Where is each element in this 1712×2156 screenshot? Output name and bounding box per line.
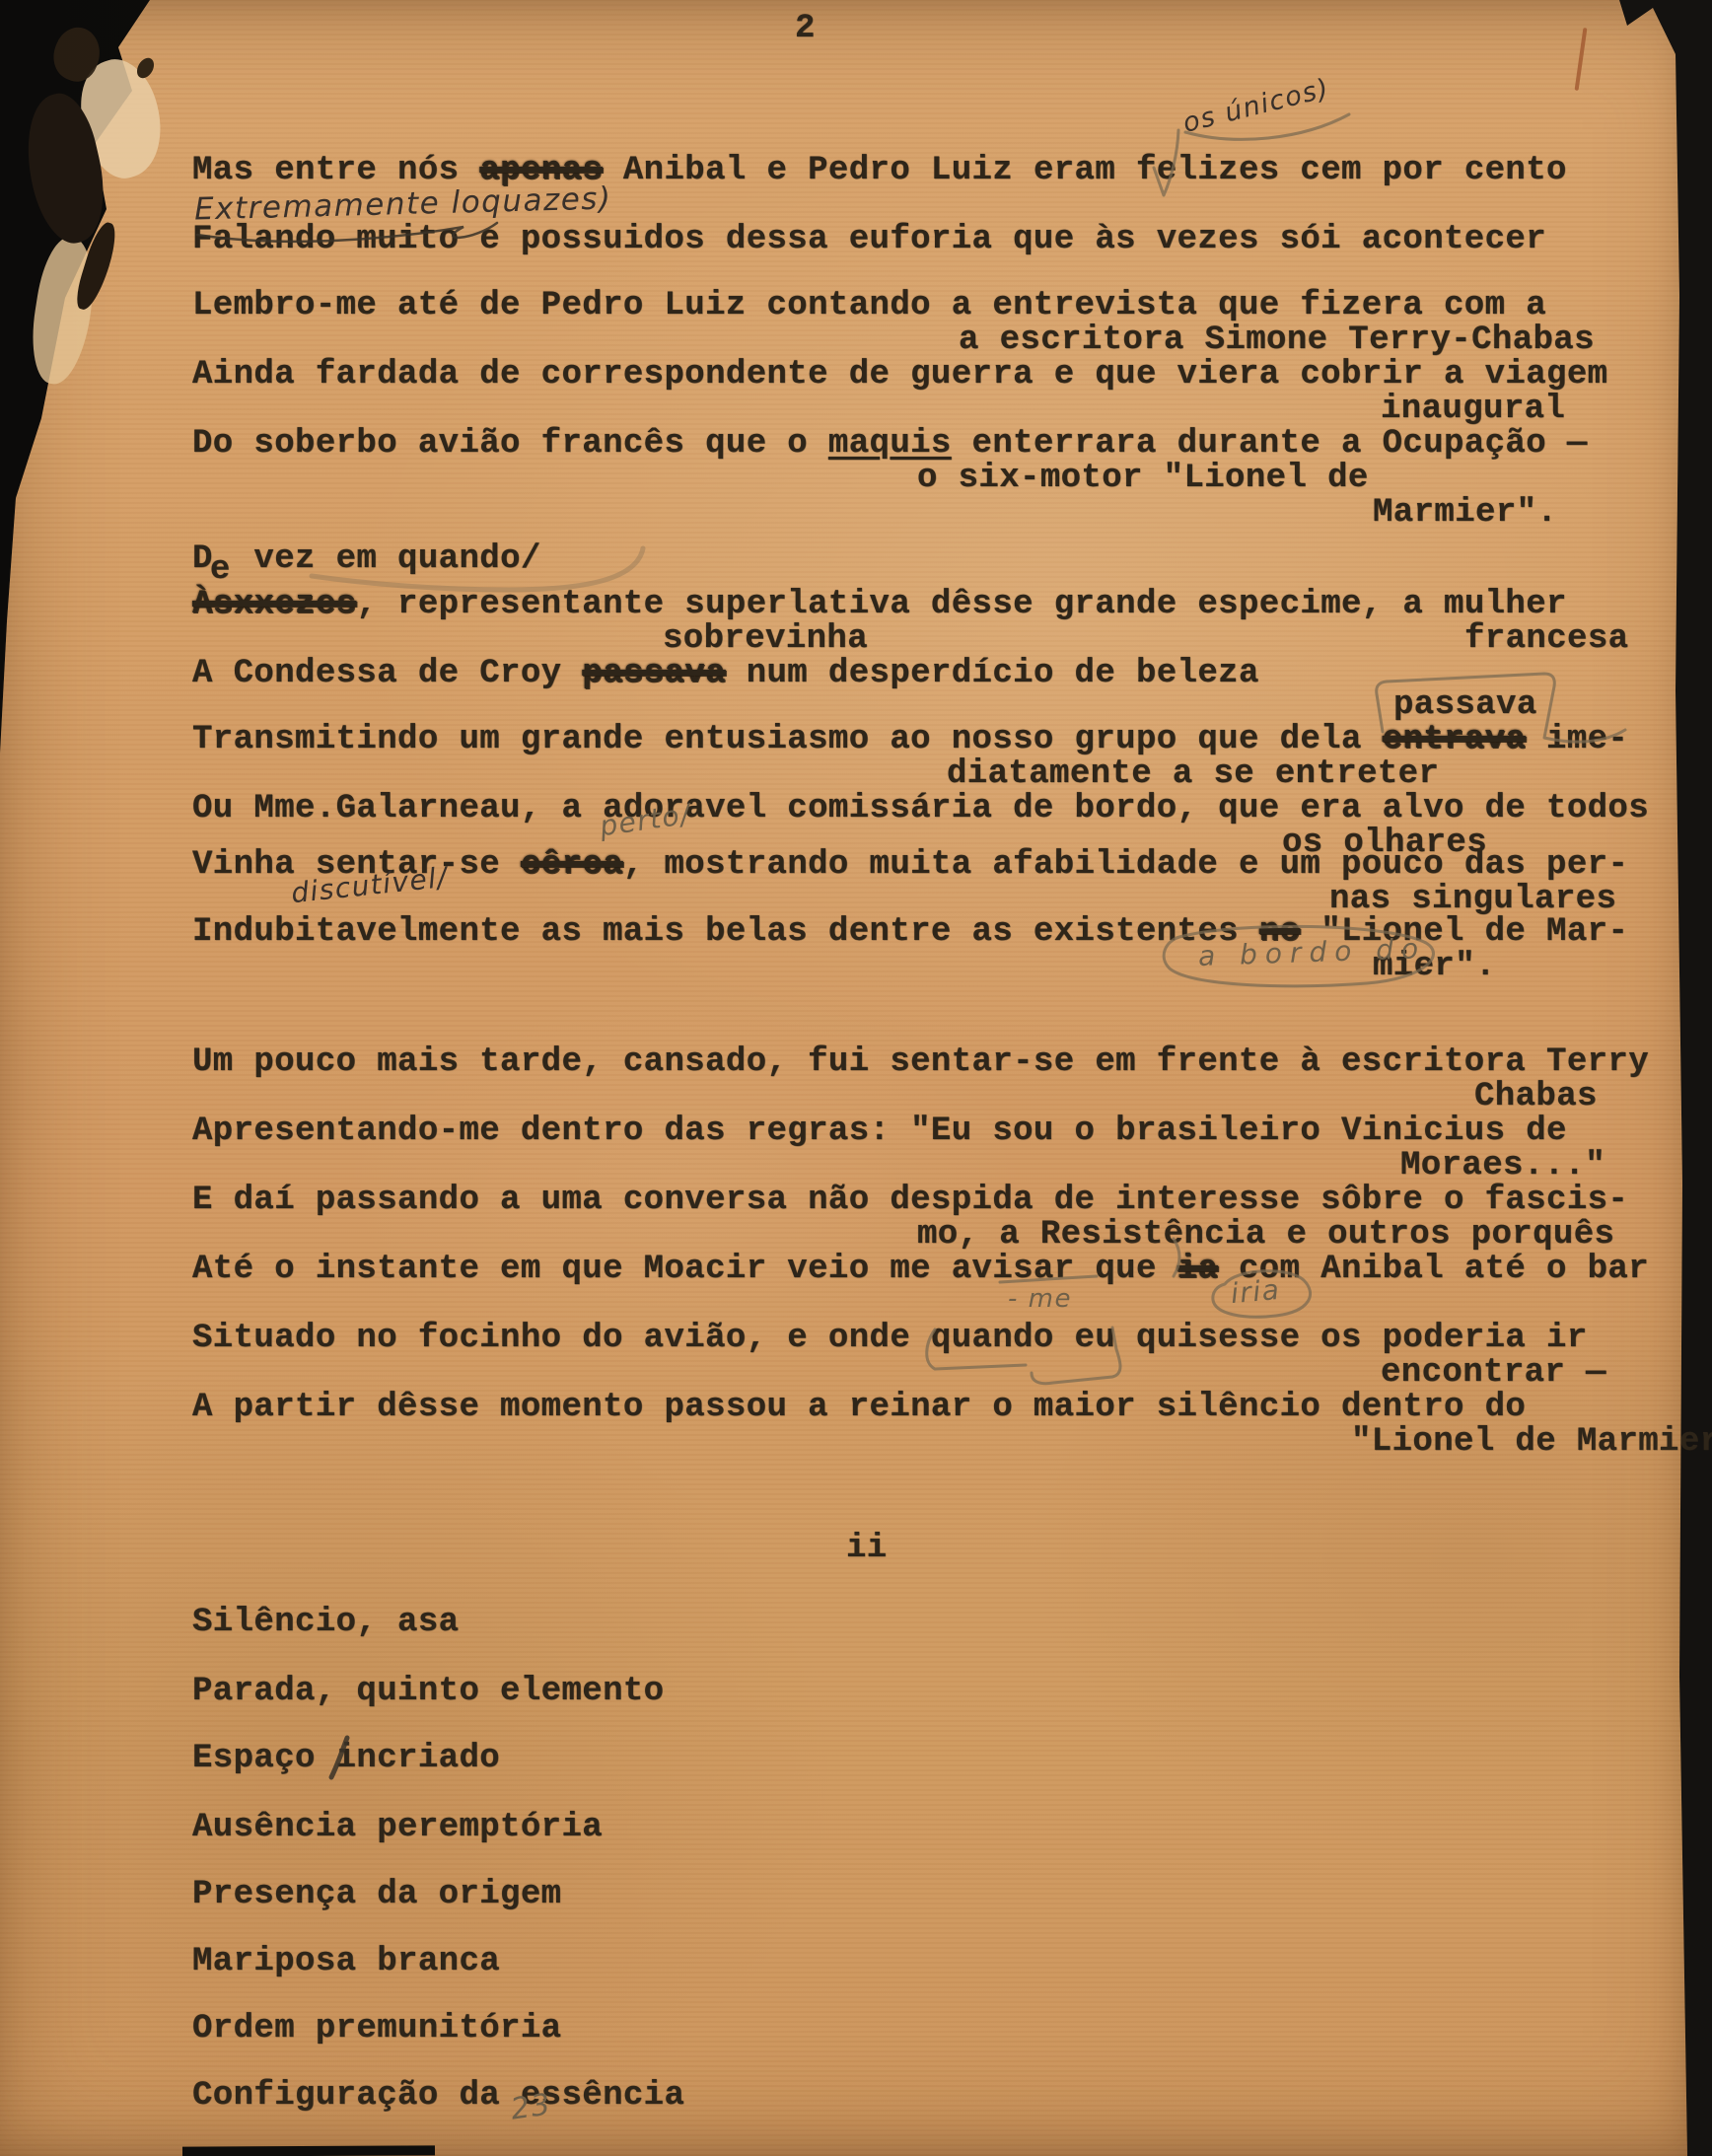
pencil-page-count: 23 xyxy=(509,2090,553,2124)
typed-line: Àsxxezes, representante superlativa dêss… xyxy=(192,588,1567,623)
typed-line: Ou Mme.Galarneau, a adoravel comissária … xyxy=(192,792,1649,827)
poem-line: Presença da origem xyxy=(192,1878,561,1913)
typed-text: Transmitindo um grande entusiasmo ao nos… xyxy=(192,721,1383,758)
typed-text: , mostrando muita afabilidade e um pouco… xyxy=(623,846,1628,884)
typed-text: Até o instante em que Moacir veio me avi… xyxy=(192,1251,1177,1288)
poem-line: Parada, quinto elemento xyxy=(192,1675,664,1710)
typed-line: Ainda fardada de correspondente de guerr… xyxy=(192,358,1607,394)
typed-text: num desperdício de beleza xyxy=(726,655,1259,692)
typed-line: Situado no focinho do avião, e onde quan… xyxy=(192,1322,1588,1357)
typed-line: Um pouco mais tarde, cansado, fui sentar… xyxy=(192,1045,1649,1081)
typed-line-continuation: encontrar — xyxy=(1381,1356,1606,1392)
typed-line-continuation: diatamente a se entreter xyxy=(947,757,1439,793)
typed-line: A partir dêsse momento passou a reinar o… xyxy=(192,1391,1526,1426)
typed-line: Transmitindo um grande entusiasmo ao nos… xyxy=(192,723,1628,758)
typed-line-continuation: Marmier". xyxy=(1373,496,1557,532)
typed-text: Indubitavelmente as mais belas dentre as… xyxy=(192,913,1259,951)
poem-line: Ausência peremptória xyxy=(192,1811,603,1846)
typed-line: Mas entre nós apenas Anibal e Pedro Luiz… xyxy=(192,154,1567,189)
poem-line: Silêncio, asa xyxy=(192,1606,459,1641)
typed-line-continuation: "Lionel de Marmier xyxy=(1351,1425,1712,1461)
struck-word: passava xyxy=(582,655,726,692)
typed-line: Falando muito e possuidos dessa euforia … xyxy=(192,223,1546,258)
section-marker: ii xyxy=(846,1532,888,1567)
struck-word: entrava xyxy=(1383,721,1527,758)
typed-line: Até o instante em que Moacir veio me avi… xyxy=(192,1253,1649,1288)
poem-line: Ordem premunitória xyxy=(192,2012,561,2048)
typed-line-continuation: o six-motor "Lionel de xyxy=(917,462,1369,497)
struck-word: cêrca xyxy=(521,846,623,884)
handwritten-insertion-circled: a bordo do xyxy=(1198,935,1427,970)
typed-text: Anibal e Pedro Luiz eram felizes cem por… xyxy=(603,152,1567,189)
typed-text: vez em quando/ xyxy=(234,540,541,578)
handwritten-correction-circled: iria xyxy=(1230,1276,1281,1308)
typed-text: Mas entre nós xyxy=(192,152,479,189)
struck-word: Àsxxezes xyxy=(192,586,356,623)
typed-line: E daí passando a uma conversa não despid… xyxy=(192,1184,1628,1219)
typed-line-continuation: a escritora Simone Terry-Chabas xyxy=(959,323,1595,359)
typed-line-continuation: Moraes..." xyxy=(1400,1149,1605,1185)
struck-word: ia xyxy=(1177,1251,1219,1288)
typed-text: , representante superlativa dêsse grande… xyxy=(356,586,1566,623)
scanned-manuscript-page: 2 Mas entre nós apenas Anibal e Pedro Lu… xyxy=(0,0,1712,2156)
poem-line: Configuração da essência xyxy=(192,2079,684,2115)
page-number: 2 xyxy=(795,12,816,47)
typed-line: Apresentando-me dentro das regras: "Eu s… xyxy=(192,1114,1567,1150)
typed-text: ime- xyxy=(1526,721,1628,758)
typed-text: Do soberbo avião francês que o xyxy=(192,425,828,463)
typed-insertion: sobrevinha xyxy=(663,622,868,658)
typed-line-continuation: Chabas xyxy=(1474,1080,1598,1115)
typed-lowered-letter: e xyxy=(210,551,231,589)
typed-text: enterrara durante a Ocupação — xyxy=(952,425,1588,463)
typed-insertion: francesa xyxy=(1464,622,1628,658)
typed-insertion: passava xyxy=(1393,688,1537,724)
underlined-word: maquis xyxy=(828,425,952,463)
bottom-edge-tear xyxy=(182,2145,435,2156)
handwritten-correction: - me xyxy=(1008,1286,1072,1312)
typed-line: Do soberbo avião francês que o maquis en… xyxy=(192,427,1588,463)
typed-line: A Condessa de Croy passava num desperdíc… xyxy=(192,657,1259,692)
typed-line-continuation: inaugural xyxy=(1381,393,1565,428)
poem-line: Mariposa branca xyxy=(192,1945,500,1980)
typed-line: De vez em quando/ xyxy=(192,542,541,578)
poem-line: Espaço incriado xyxy=(192,1742,500,1777)
typed-line-continuation: mo, a Resistência e outros porquês xyxy=(917,1218,1614,1254)
typed-line: Lembro-me até de Pedro Luiz contando a e… xyxy=(192,289,1546,324)
typed-text: A Condessa de Croy xyxy=(192,655,582,692)
typed-text: com Anibal até o bar xyxy=(1218,1251,1649,1288)
